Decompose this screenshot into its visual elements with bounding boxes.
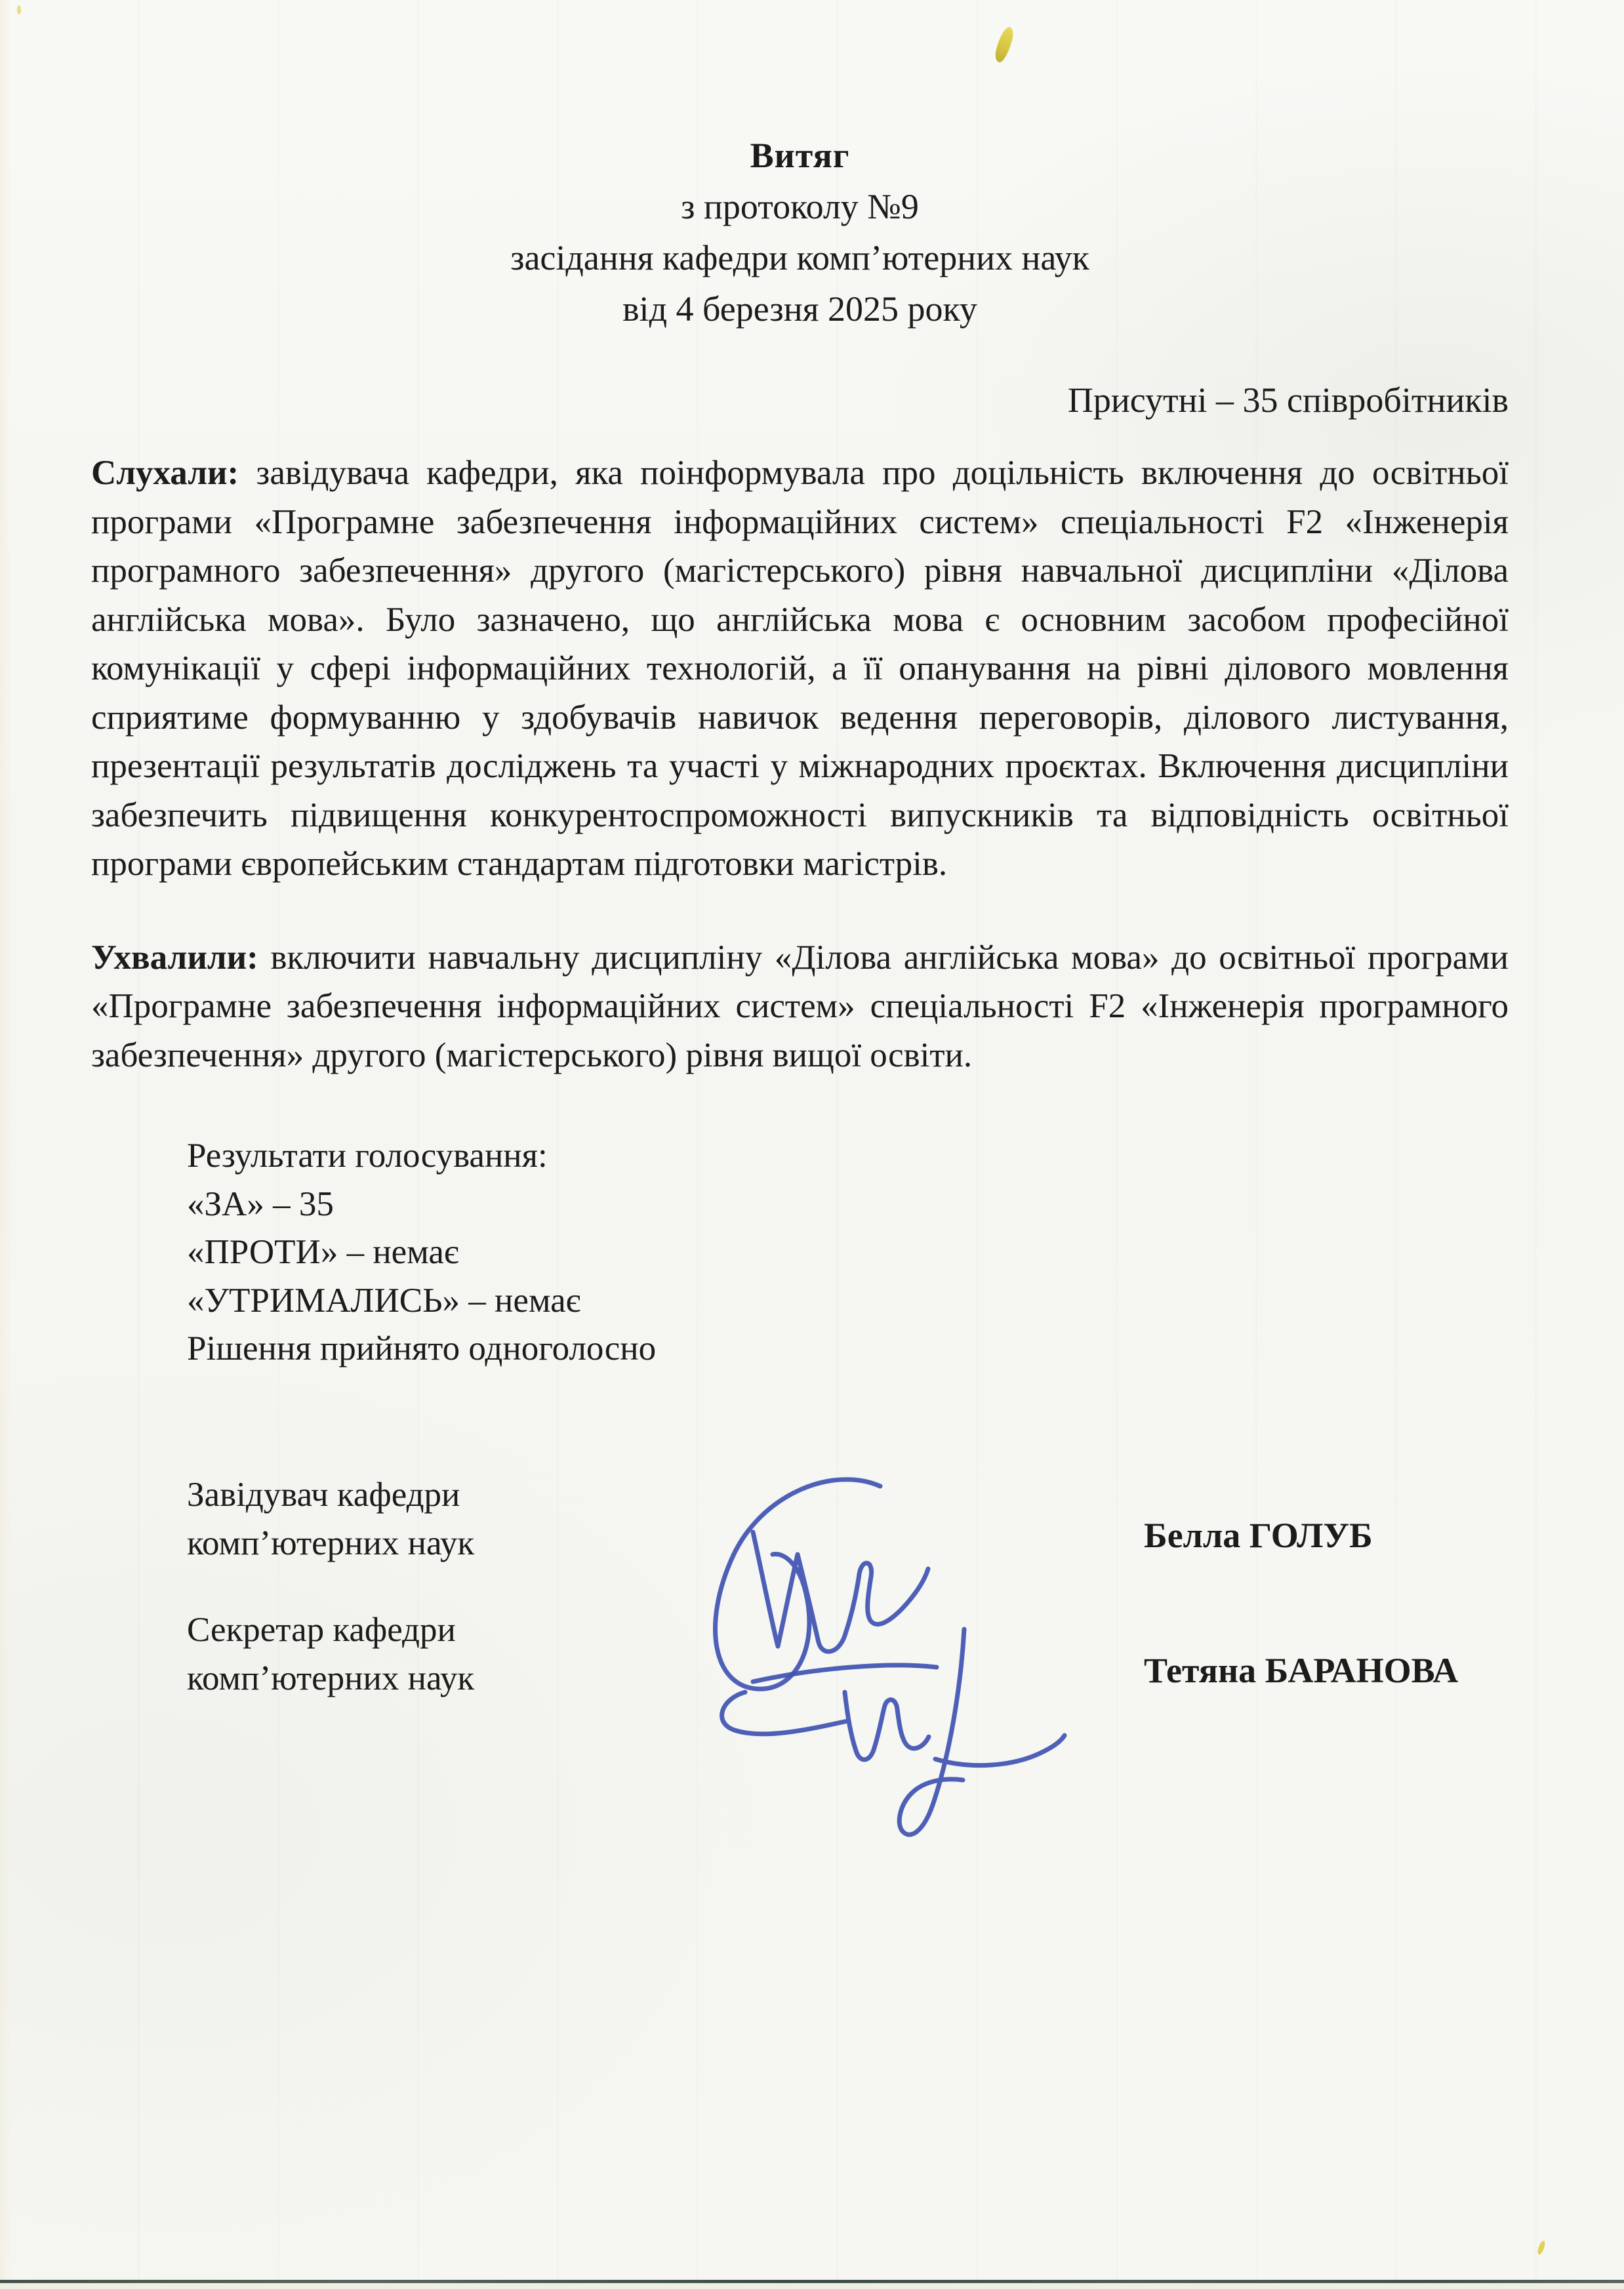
subtitle-line-protocol: з протоколу №9 <box>91 181 1509 232</box>
title-block: Витяг з протоколу №9 засідання кафедри к… <box>91 130 1509 334</box>
paragraph-resolved-lead: Ухвалили: <box>91 939 258 977</box>
voting-line-against: «ПРОТИ» – немає <box>187 1228 1509 1277</box>
paragraph-heard-lead: Слухали: <box>91 454 239 492</box>
signature-row-head-of-department: Завідувач кафедри комп’ютерних наук Белл… <box>91 1470 1509 1568</box>
subtitle-line-date: від 4 березня 2025 року <box>91 283 1509 334</box>
voting-line-abstained: «УТРИМАЛИСЬ» – немає <box>187 1277 1509 1326</box>
signature-row-secretary: Секретар кафедри комп’ютерних наук Тетян… <box>91 1606 1509 1703</box>
signature-name-baranova: Тетяна БАРАНОВА <box>1144 1646 1458 1695</box>
voting-header: Результати голосування: <box>187 1132 1509 1181</box>
paragraph-resolved-text: включити навчальну дисципліну «Ділова ан… <box>91 939 1509 1074</box>
scan-bottom-edge-strip <box>0 2283 1624 2289</box>
document-title: Витяг <box>91 130 1509 181</box>
scan-artifact-speck-top-left <box>17 5 21 14</box>
attendees-line: Присутні – 35 співробітників <box>91 375 1509 425</box>
voting-line-decision: Рішення прийнято одноголосно <box>187 1325 1509 1373</box>
paragraph-heard: Слухали: завідувача кафедри, яка поінфор… <box>91 449 1509 889</box>
paragraph-heard-text: завідувача кафедри, яка поінформувала пр… <box>91 454 1509 883</box>
signature-name-holub: Белла ГОЛУБ <box>1144 1511 1373 1560</box>
voting-results-block: Результати голосування: «ЗА» – 35 «ПРОТИ… <box>91 1132 1509 1373</box>
subtitle-line-department: засідання кафедри комп’ютерних наук <box>91 232 1509 283</box>
document-content: Витяг з протоколу №9 засідання кафедри к… <box>91 0 1509 1703</box>
scanned-document-page: Витяг з протоколу №9 засідання кафедри к… <box>0 0 1624 2289</box>
voting-line-for: «ЗА» – 35 <box>187 1181 1509 1229</box>
paragraph-resolved: Ухвалили: включити навчальну дисципліну … <box>91 933 1509 1080</box>
